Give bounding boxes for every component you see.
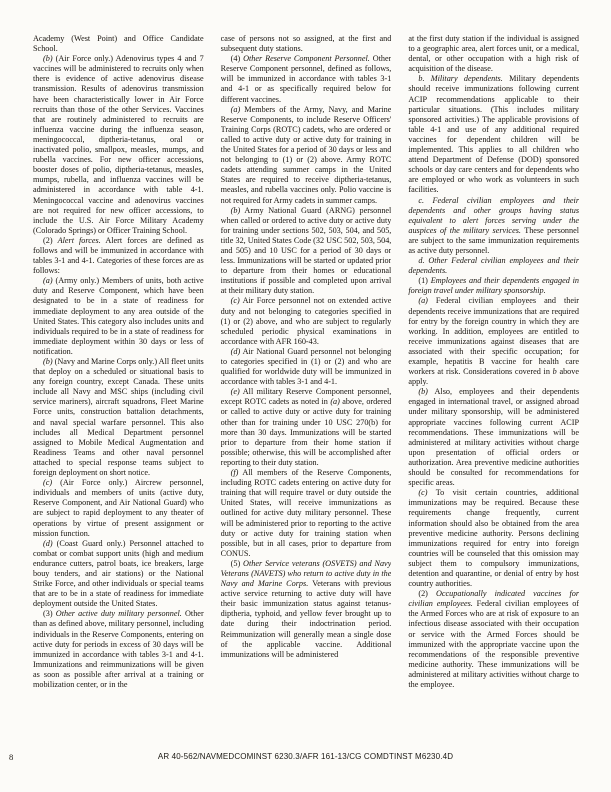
page-footer: 8 AR 40-562/NAVMEDCOMINST 6230.3/AFR 161… bbox=[0, 752, 611, 766]
body-text: case of persons not so assigned, at the … bbox=[221, 34, 392, 53]
paragraph: (f) All members of the Reserve Component… bbox=[221, 468, 392, 559]
body-text: Also, employees and their dependents eng… bbox=[408, 387, 579, 487]
text-column: case of persons not so assigned, at the … bbox=[221, 34, 392, 750]
italic-text: Other active duty military personnel. bbox=[56, 609, 182, 618]
body-text: (Air Force only.) Adenovirus types 4 and… bbox=[33, 54, 204, 235]
body-text: above, ordered or called to active duty … bbox=[221, 397, 392, 467]
italic-text: (b) bbox=[43, 54, 53, 63]
paragraph: (c) To visit certain countries, addition… bbox=[408, 488, 579, 589]
body-text: Army National Guard (ARNG) personnel whe… bbox=[221, 206, 392, 296]
body-text: (4) bbox=[231, 54, 243, 63]
paragraph: (a) Members of the Army, Navy, and Marin… bbox=[221, 105, 392, 206]
paragraph: at the first duty station if the individ… bbox=[408, 34, 579, 74]
body-text: Air Force personnel not on extended acti… bbox=[221, 296, 392, 345]
italic-text: (c) bbox=[43, 478, 52, 487]
italic-text: Employees and their dependents engaged i… bbox=[408, 276, 579, 295]
body-text: (3) bbox=[43, 609, 56, 618]
footer-citation: AR 40-562/NAVMEDCOMINST 6230.3/AFR 161-1… bbox=[0, 752, 611, 761]
body-text: Military dependents should receive immun… bbox=[408, 74, 579, 194]
body-text: (2) bbox=[418, 589, 436, 598]
paragraph: (3) Other active duty military personnel… bbox=[33, 609, 204, 690]
page-number: 8 bbox=[9, 752, 13, 762]
paragraph: (5) Other Service veterans (OSVETS) and … bbox=[221, 559, 392, 660]
body-text: at the first duty station if the individ… bbox=[408, 34, 579, 73]
paragraph: (a) (Army only.) Members of units, both … bbox=[33, 276, 204, 357]
italic-text: d. Other Federal civilian employees and … bbox=[408, 256, 579, 275]
paragraph: (d) (Coast Guard only.) Personnel attach… bbox=[33, 539, 204, 610]
paragraph: (2) Occupationally indicated vaccines fo… bbox=[408, 589, 579, 690]
paragraph: Academy (West Point) and Office Candidat… bbox=[33, 34, 204, 54]
paragraph: (d) Air National Guard personnel not bel… bbox=[221, 347, 392, 387]
body-text: (2) bbox=[43, 236, 58, 245]
italic-text: (b) bbox=[231, 206, 241, 215]
paragraph: (c) (Air Force only.) Aircrew personnel,… bbox=[33, 478, 204, 539]
italic-text: b. Military dependents. bbox=[418, 74, 502, 83]
italic-text: (d) bbox=[43, 539, 53, 548]
body-text: (1) bbox=[418, 276, 430, 285]
italic-text: (b) bbox=[43, 357, 53, 366]
italic-text: Alert forces. bbox=[58, 236, 101, 245]
body-text: Federal civilian employees of the Armed … bbox=[408, 599, 579, 689]
text-column: at the first duty station if the individ… bbox=[408, 34, 579, 750]
italic-text: (c) bbox=[231, 296, 240, 305]
body-text: Members of the Army, Navy, and Marine Re… bbox=[221, 105, 392, 205]
italic-text: (a) bbox=[43, 276, 53, 285]
italic-text: Other Reserve Component Personnel. bbox=[243, 54, 370, 63]
paragraph: (b) (Navy and Marine Corps only.) All fl… bbox=[33, 357, 204, 478]
italic-text: (d) bbox=[231, 347, 241, 356]
body-text: (Coast Guard only.) Personnel attached t… bbox=[33, 539, 204, 609]
paragraph: (2) Alert forces. Alert forces are defin… bbox=[33, 236, 204, 276]
paragraph: (b) (Air Force only.) Adenovirus types 4… bbox=[33, 54, 204, 236]
italic-text: (a) bbox=[330, 397, 340, 406]
body-text: Federal civilian employees and their dep… bbox=[408, 296, 579, 376]
text-column: Academy (West Point) and Office Candidat… bbox=[33, 34, 204, 750]
paragraph: (c) Air Force personnel not on extended … bbox=[221, 296, 392, 346]
body-text: To visit certain countries, additional i… bbox=[408, 488, 579, 588]
paragraph: b. Military dependents. Military depende… bbox=[408, 74, 579, 195]
paragraph: (1) Employees and their dependents engag… bbox=[408, 276, 579, 296]
paragraph: case of persons not so assigned, at the … bbox=[221, 34, 392, 54]
body-text: (Navy and Marine Corps only.) All fleet … bbox=[33, 357, 204, 477]
paragraph: (4) Other Reserve Component Personnel. O… bbox=[221, 54, 392, 104]
body-text: (Air Force only.) Aircrew personnel, ind… bbox=[33, 478, 204, 537]
paragraph: (b) Army National Guard (ARNG) personnel… bbox=[221, 206, 392, 297]
paragraph: c. Federal civilian employees and their … bbox=[408, 196, 579, 257]
paragraph: (b) Also, employees and their dependents… bbox=[408, 387, 579, 488]
body-text: Air National Guard personnel not belongi… bbox=[221, 347, 392, 386]
paragraph: (a) Federal civilian employees and their… bbox=[408, 296, 579, 387]
body-text: (5) bbox=[231, 559, 243, 568]
italic-text: (e) bbox=[231, 387, 240, 396]
body-text: All members of the Reserve Components, i… bbox=[221, 468, 392, 558]
paragraph: d. Other Federal civilian employees and … bbox=[408, 256, 579, 276]
document-page: Academy (West Point) and Office Candidat… bbox=[0, 0, 611, 792]
italic-text: (a) bbox=[418, 296, 428, 305]
body-text: (Army only.) Members of units, both acti… bbox=[33, 276, 204, 356]
page-body: Academy (West Point) and Office Candidat… bbox=[33, 34, 579, 750]
body-text: Academy (West Point) and Office Candidat… bbox=[33, 34, 204, 53]
italic-text: (b) bbox=[418, 387, 428, 396]
paragraph: (e) All military Reserve Component perso… bbox=[221, 387, 392, 468]
italic-text: (a) bbox=[231, 105, 241, 114]
body-text: Other than as defined above, military pe… bbox=[33, 609, 204, 689]
body-text: Veterans with previous active service re… bbox=[221, 579, 392, 659]
